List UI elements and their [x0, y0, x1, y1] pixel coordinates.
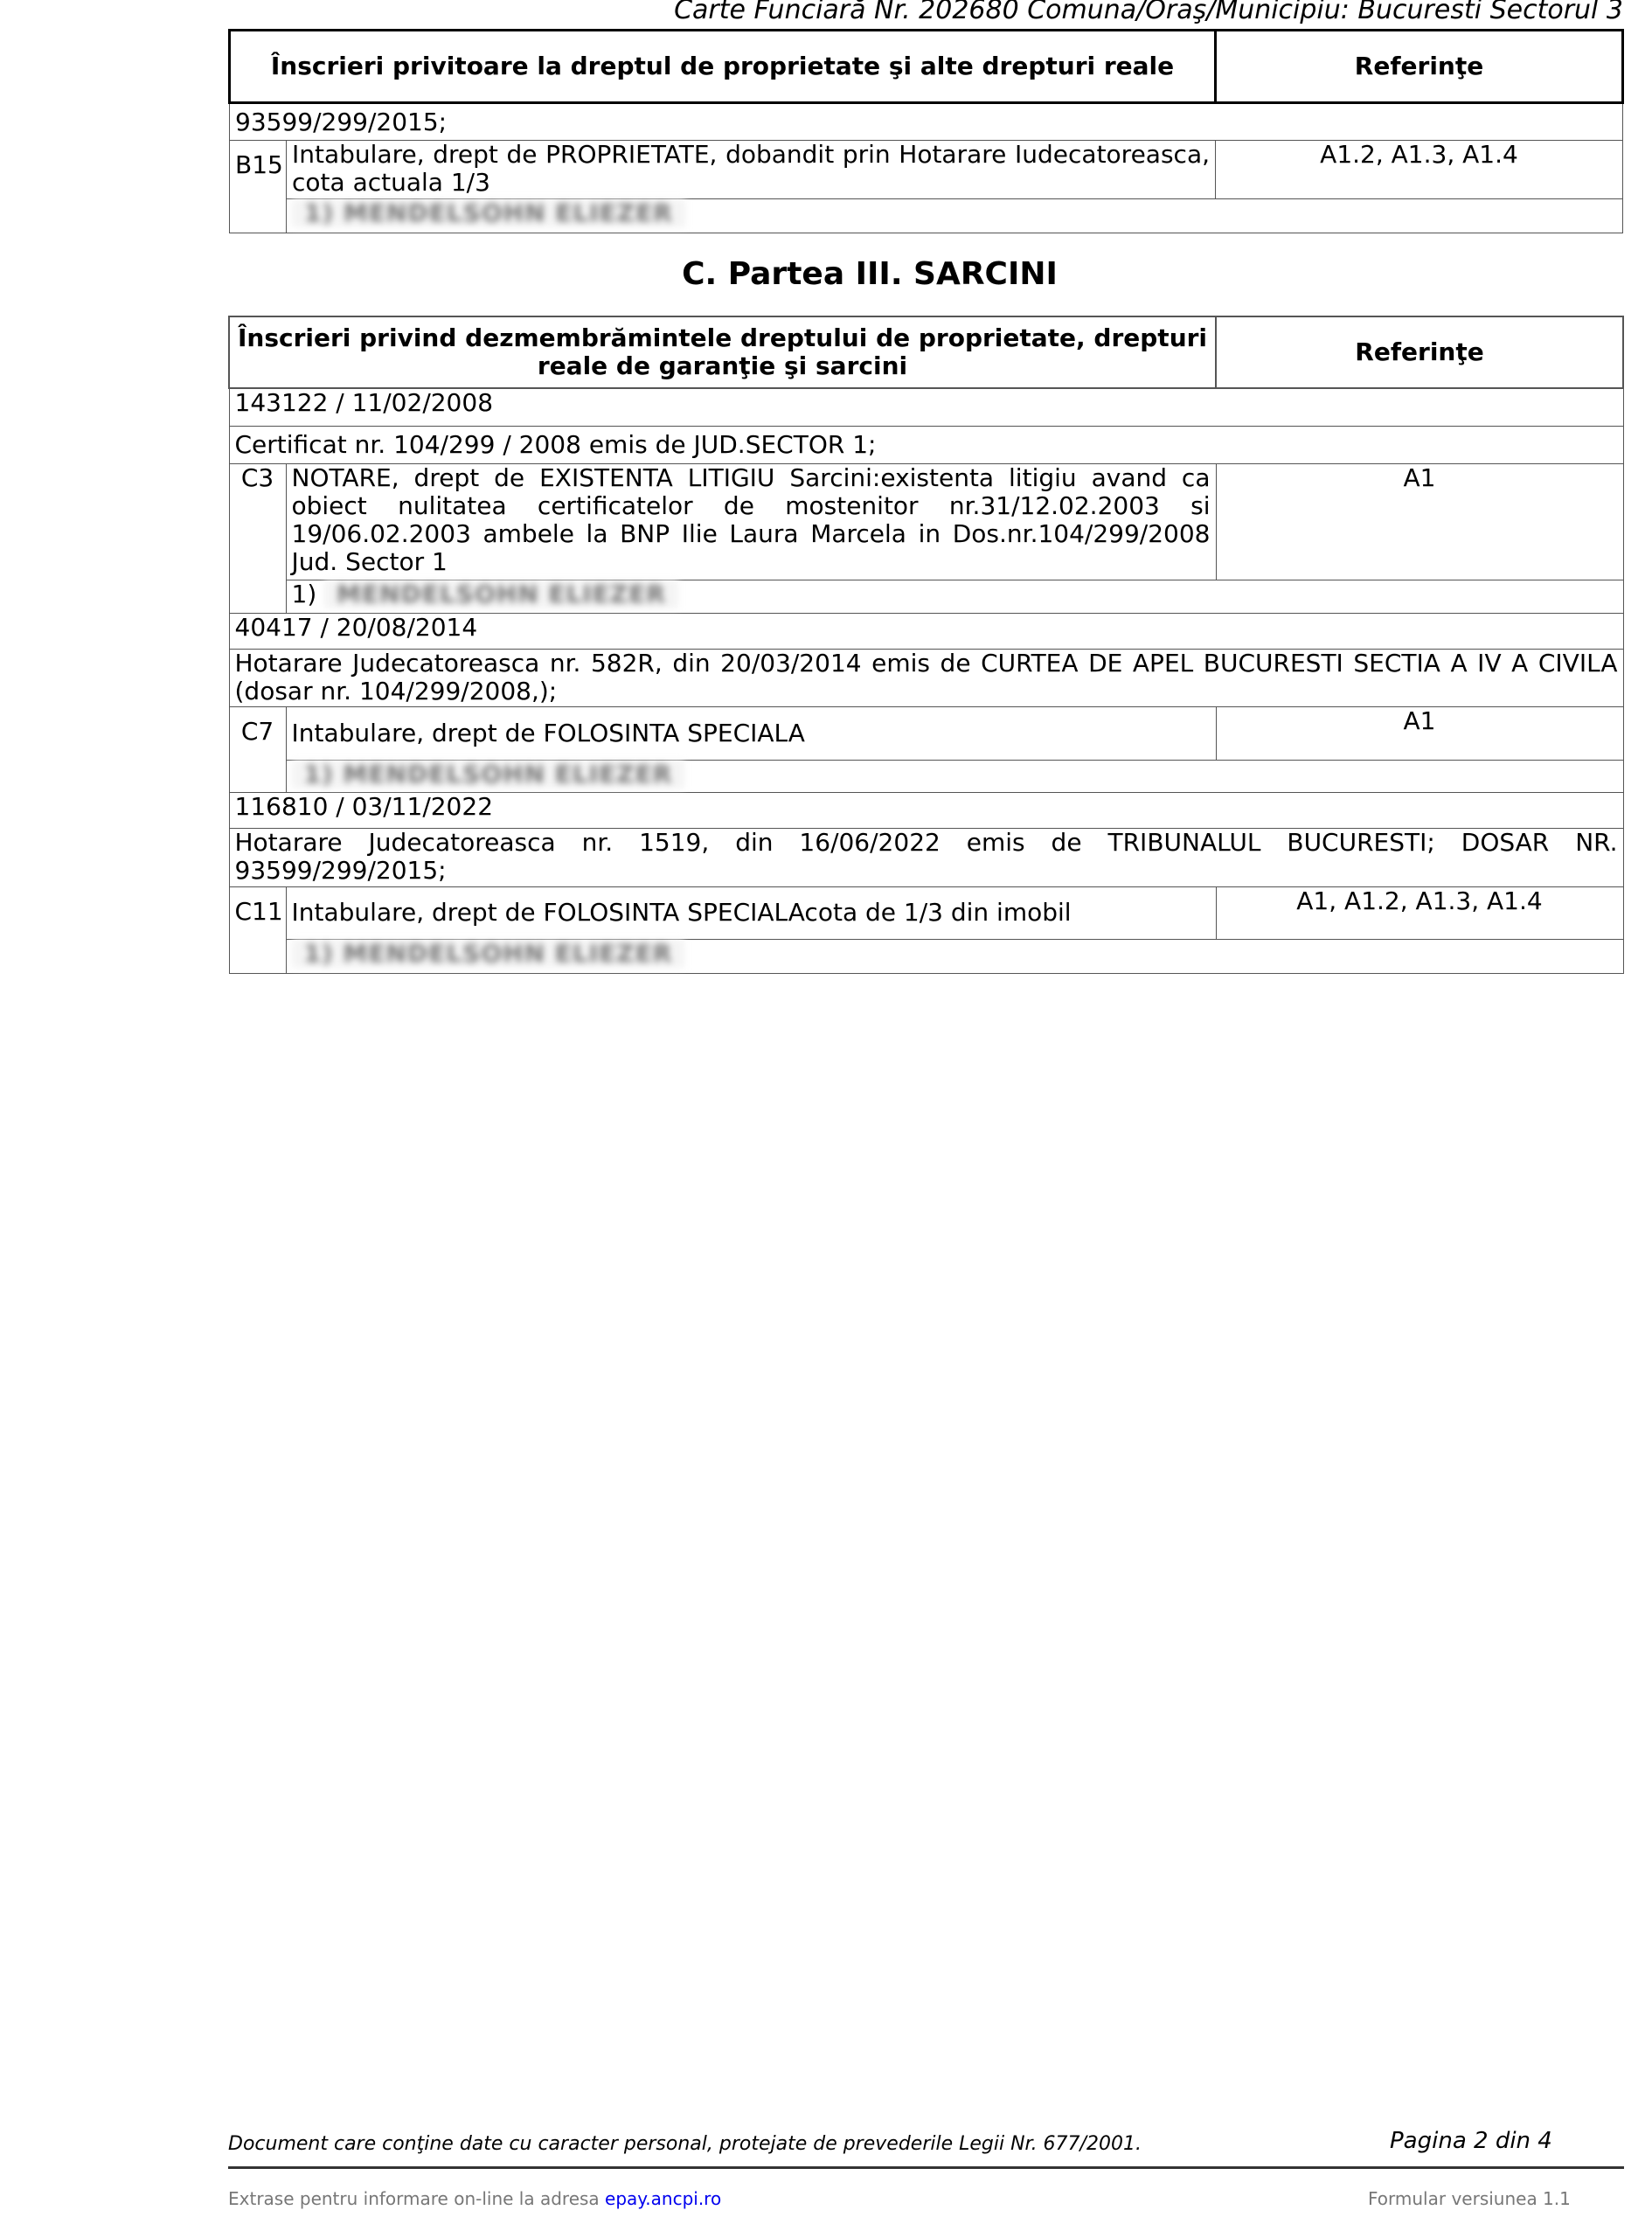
table-row: B15 Intabulare, drept de PROPRIETATE, do…: [230, 141, 1623, 199]
table-row: 1) MENDELSOHN ELIEZER: [229, 939, 1623, 973]
registration-row: 143122 / 11/02/2008: [229, 388, 1623, 426]
act-row: Hotarare Judecatoreasca nr. 582R, din 20…: [229, 649, 1623, 706]
table-row: C11 Intabulare, drept de FOLOSINTA SPECI…: [229, 886, 1623, 939]
owner-cell: 1) MENDELSOHN ELIEZER: [286, 939, 1623, 973]
table-row: C3 NOTARE, drept de EXISTENTA LITIGIU Sa…: [229, 463, 1623, 580]
legal-notice: Document care conţine date cu caracter p…: [228, 2133, 1142, 2155]
registration-row: 40417 / 20/08/2014: [229, 613, 1623, 649]
encumbrances-table-header: Înscrieri privind dezmembrămintele drept…: [229, 316, 1623, 388]
registration-row: 116810 / 03/11/2022: [229, 792, 1623, 828]
owner-prefix: 1): [292, 580, 317, 608]
entry-text: Intabulare, drept de PROPRIETATE, doband…: [287, 141, 1216, 199]
entry-id: C11: [229, 886, 286, 973]
page-indicator: Pagina 2 din 4: [1390, 2128, 1552, 2154]
entry-references: A1: [1216, 706, 1623, 760]
extract-text: Extrase pentru informare on-line la adre…: [228, 2188, 600, 2209]
entry-id: C7: [229, 706, 286, 792]
registration-number: 116810 / 03/11/2022: [229, 792, 1623, 828]
entry-text: Intabulare, drept de FOLOSINTA SPECIALAc…: [286, 886, 1216, 939]
ownership-table-header: Înscrieri privitoare la dreptul de propr…: [230, 31, 1623, 103]
continuation-text: 93599/299/2015;: [230, 103, 1623, 141]
act-row: Hotarare Judecatoreasca nr. 1519, din 16…: [229, 828, 1623, 886]
extract-info: Extrase pentru informare on-line la adre…: [228, 2188, 721, 2209]
redacted-owner-name: 1) MENDELSOHN ELIEZER: [292, 199, 685, 227]
owner-cell: 1) MENDELSOHN ELIEZER: [287, 199, 1623, 233]
redacted-owner-name: MENDELSOHN ELIEZER: [324, 580, 678, 608]
act-text: Hotarare Judecatoreasca nr. 1519, din 16…: [229, 828, 1623, 886]
entry-id: B15: [230, 141, 287, 233]
encumbrances-table: Înscrieri privind dezmembrămintele drept…: [228, 316, 1624, 974]
epay-link[interactable]: epay.ancpi.ro: [605, 2188, 721, 2209]
entry-references: A1.2, A1.3, A1.4: [1216, 141, 1623, 199]
entry-id: C3: [229, 463, 286, 613]
table-row: 1) MENDELSOHN ELIEZER: [229, 760, 1623, 792]
registration-number: 40417 / 20/08/2014: [229, 613, 1623, 649]
table-row: 93599/299/2015;: [230, 103, 1623, 141]
entry-text: Intabulare, drept de FOLOSINTA SPECIALA: [286, 706, 1216, 760]
act-text: Certificat nr. 104/299 / 2008 emis de JU…: [229, 426, 1623, 463]
ownership-table: Înscrieri privitoare la dreptul de propr…: [228, 29, 1624, 233]
ownership-header-main: Înscrieri privitoare la dreptul de propr…: [230, 31, 1216, 103]
act-text: Hotarare Judecatoreasca nr. 582R, din 20…: [229, 649, 1623, 706]
encumbrances-header-ref: Referinţe: [1216, 316, 1623, 388]
owner-cell: 1) MENDELSOHN ELIEZER: [286, 760, 1623, 792]
owner-cell: 1) MENDELSOHN ELIEZER: [286, 580, 1623, 613]
redacted-owner-name: 1) MENDELSOHN ELIEZER: [292, 940, 685, 968]
entry-text: NOTARE, drept de EXISTENTA LITIGIU Sarci…: [286, 463, 1216, 580]
registration-number: 143122 / 11/02/2008: [229, 388, 1623, 426]
footer-divider: [228, 2166, 1624, 2169]
act-row: Certificat nr. 104/299 / 2008 emis de JU…: [229, 426, 1623, 463]
table-row: C7 Intabulare, drept de FOLOSINTA SPECIA…: [229, 706, 1623, 760]
section-title: C. Partea III. SARCINI: [0, 256, 1652, 292]
table-row: 1) MENDELSOHN ELIEZER: [229, 580, 1623, 613]
table-row: 1) MENDELSOHN ELIEZER: [230, 199, 1623, 233]
ownership-header-ref: Referinţe: [1216, 31, 1623, 103]
entry-references: A1: [1216, 463, 1623, 580]
form-version: Formular versiunea 1.1: [1368, 2188, 1571, 2209]
cadastral-header-caption: Carte Funciară Nr. 202680 Comuna/Oraş/Mu…: [674, 0, 1623, 26]
encumbrances-header-main: Înscrieri privind dezmembrămintele drept…: [229, 316, 1216, 388]
entry-references: A1, A1.2, A1.3, A1.4: [1216, 886, 1623, 939]
redacted-owner-name: 1) MENDELSOHN ELIEZER: [292, 761, 685, 789]
